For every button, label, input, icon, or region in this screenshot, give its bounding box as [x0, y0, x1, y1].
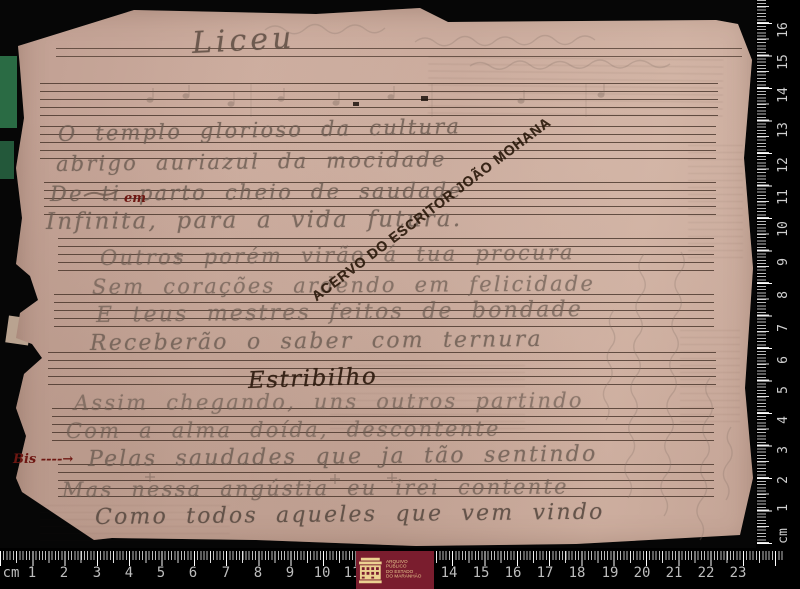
ruler-label: 8: [243, 565, 273, 581]
staff-lines-partial: [56, 48, 742, 57]
ruler-label: 9: [776, 250, 794, 274]
right-ruler: 16 15 14 13 12 11 10 9 8 7 6 5 4 3 2 1 c…: [756, 0, 800, 548]
ruler-label: 9: [275, 565, 305, 581]
ruler-label: 23: [723, 565, 753, 581]
ruler-label: 14: [776, 83, 794, 107]
ruler-label: 21: [659, 565, 689, 581]
ruler-label: 20: [627, 565, 657, 581]
backing-green-patch: [0, 56, 17, 128]
ruler-label: 1: [17, 565, 47, 581]
music-staff: [40, 83, 718, 116]
ruler-label: 16: [498, 565, 528, 581]
ruler-label: 10: [307, 565, 337, 581]
ruler-label: 2: [776, 468, 794, 492]
ruler-label: 10: [776, 217, 794, 241]
bottom-ruler: cm 1 2 3 4 5 6 7 8 9 10 11 14 15 16 17 1…: [0, 548, 800, 589]
archive-logo-text: ARQUIVO PÚBLICO DO ESTADO DO MARANHÃO: [386, 560, 421, 580]
ruler-label: 19: [595, 565, 625, 581]
verse2-line: Receberão o saber com ternura: [90, 327, 543, 356]
verse1-line: De ti parto cheio de saudade: [50, 178, 463, 206]
ruler-label: 7: [211, 565, 241, 581]
ruler-label: 5: [146, 565, 176, 581]
scanned-manuscript-page: Liceu O templo glorioso da cultura abrig…: [0, 0, 800, 589]
ruler-label: 3: [82, 565, 112, 581]
ruler-label: 6: [178, 565, 208, 581]
refrain-line: Com a alma doída, descontente: [66, 417, 501, 443]
ruler-label: 12: [776, 153, 794, 177]
ruler-label: 5: [776, 378, 794, 402]
verse1-line: abrigo auriazul da mocidade: [56, 147, 447, 176]
ruler-label: 1: [776, 496, 794, 520]
ruler-label: 17: [530, 565, 560, 581]
ruler-label: 16: [776, 18, 794, 42]
song-title: Liceu: [191, 21, 296, 61]
music-staff: [48, 352, 716, 385]
inline-correction: em: [124, 191, 146, 206]
ruler-label: 13: [776, 118, 794, 142]
ruler-label: 15: [776, 50, 794, 74]
refrain-line: Assim chegando, uns outros partindo: [74, 388, 584, 415]
ruler-label: 4: [114, 565, 144, 581]
refrain-line: Como todos aqueles que vem vindo: [95, 500, 605, 530]
ruler-label: 11: [776, 185, 794, 209]
ruler-label: 2: [49, 565, 79, 581]
refrain-line: Mas nessa angústia eu irei contente: [62, 474, 569, 502]
ruler-label: 18: [562, 565, 592, 581]
ruler-label: 3: [776, 438, 794, 462]
archive-logo-text-line: DO MARANHÃO: [386, 575, 421, 580]
ruler-label: 4: [776, 408, 794, 432]
bis-margin-note: Bis ----→: [13, 452, 73, 467]
ruler-label: cm: [776, 524, 794, 548]
ruler-label: 7: [776, 316, 794, 340]
building-icon: [359, 557, 382, 584]
refrain-line: Pelas saudades que ja tão sentindo: [88, 442, 598, 472]
ruler-label: 8: [776, 283, 794, 307]
backing-green-patch: [0, 141, 14, 179]
ruler-label: 22: [691, 565, 721, 581]
ruler-ticks-cm: [757, 23, 772, 546]
ruler-label: 6: [776, 348, 794, 372]
ruler-label: 15: [466, 565, 496, 581]
archive-logo: ARQUIVO PÚBLICO DO ESTADO DO MARANHÃO: [356, 551, 434, 589]
ruler-label: 14: [434, 565, 464, 581]
